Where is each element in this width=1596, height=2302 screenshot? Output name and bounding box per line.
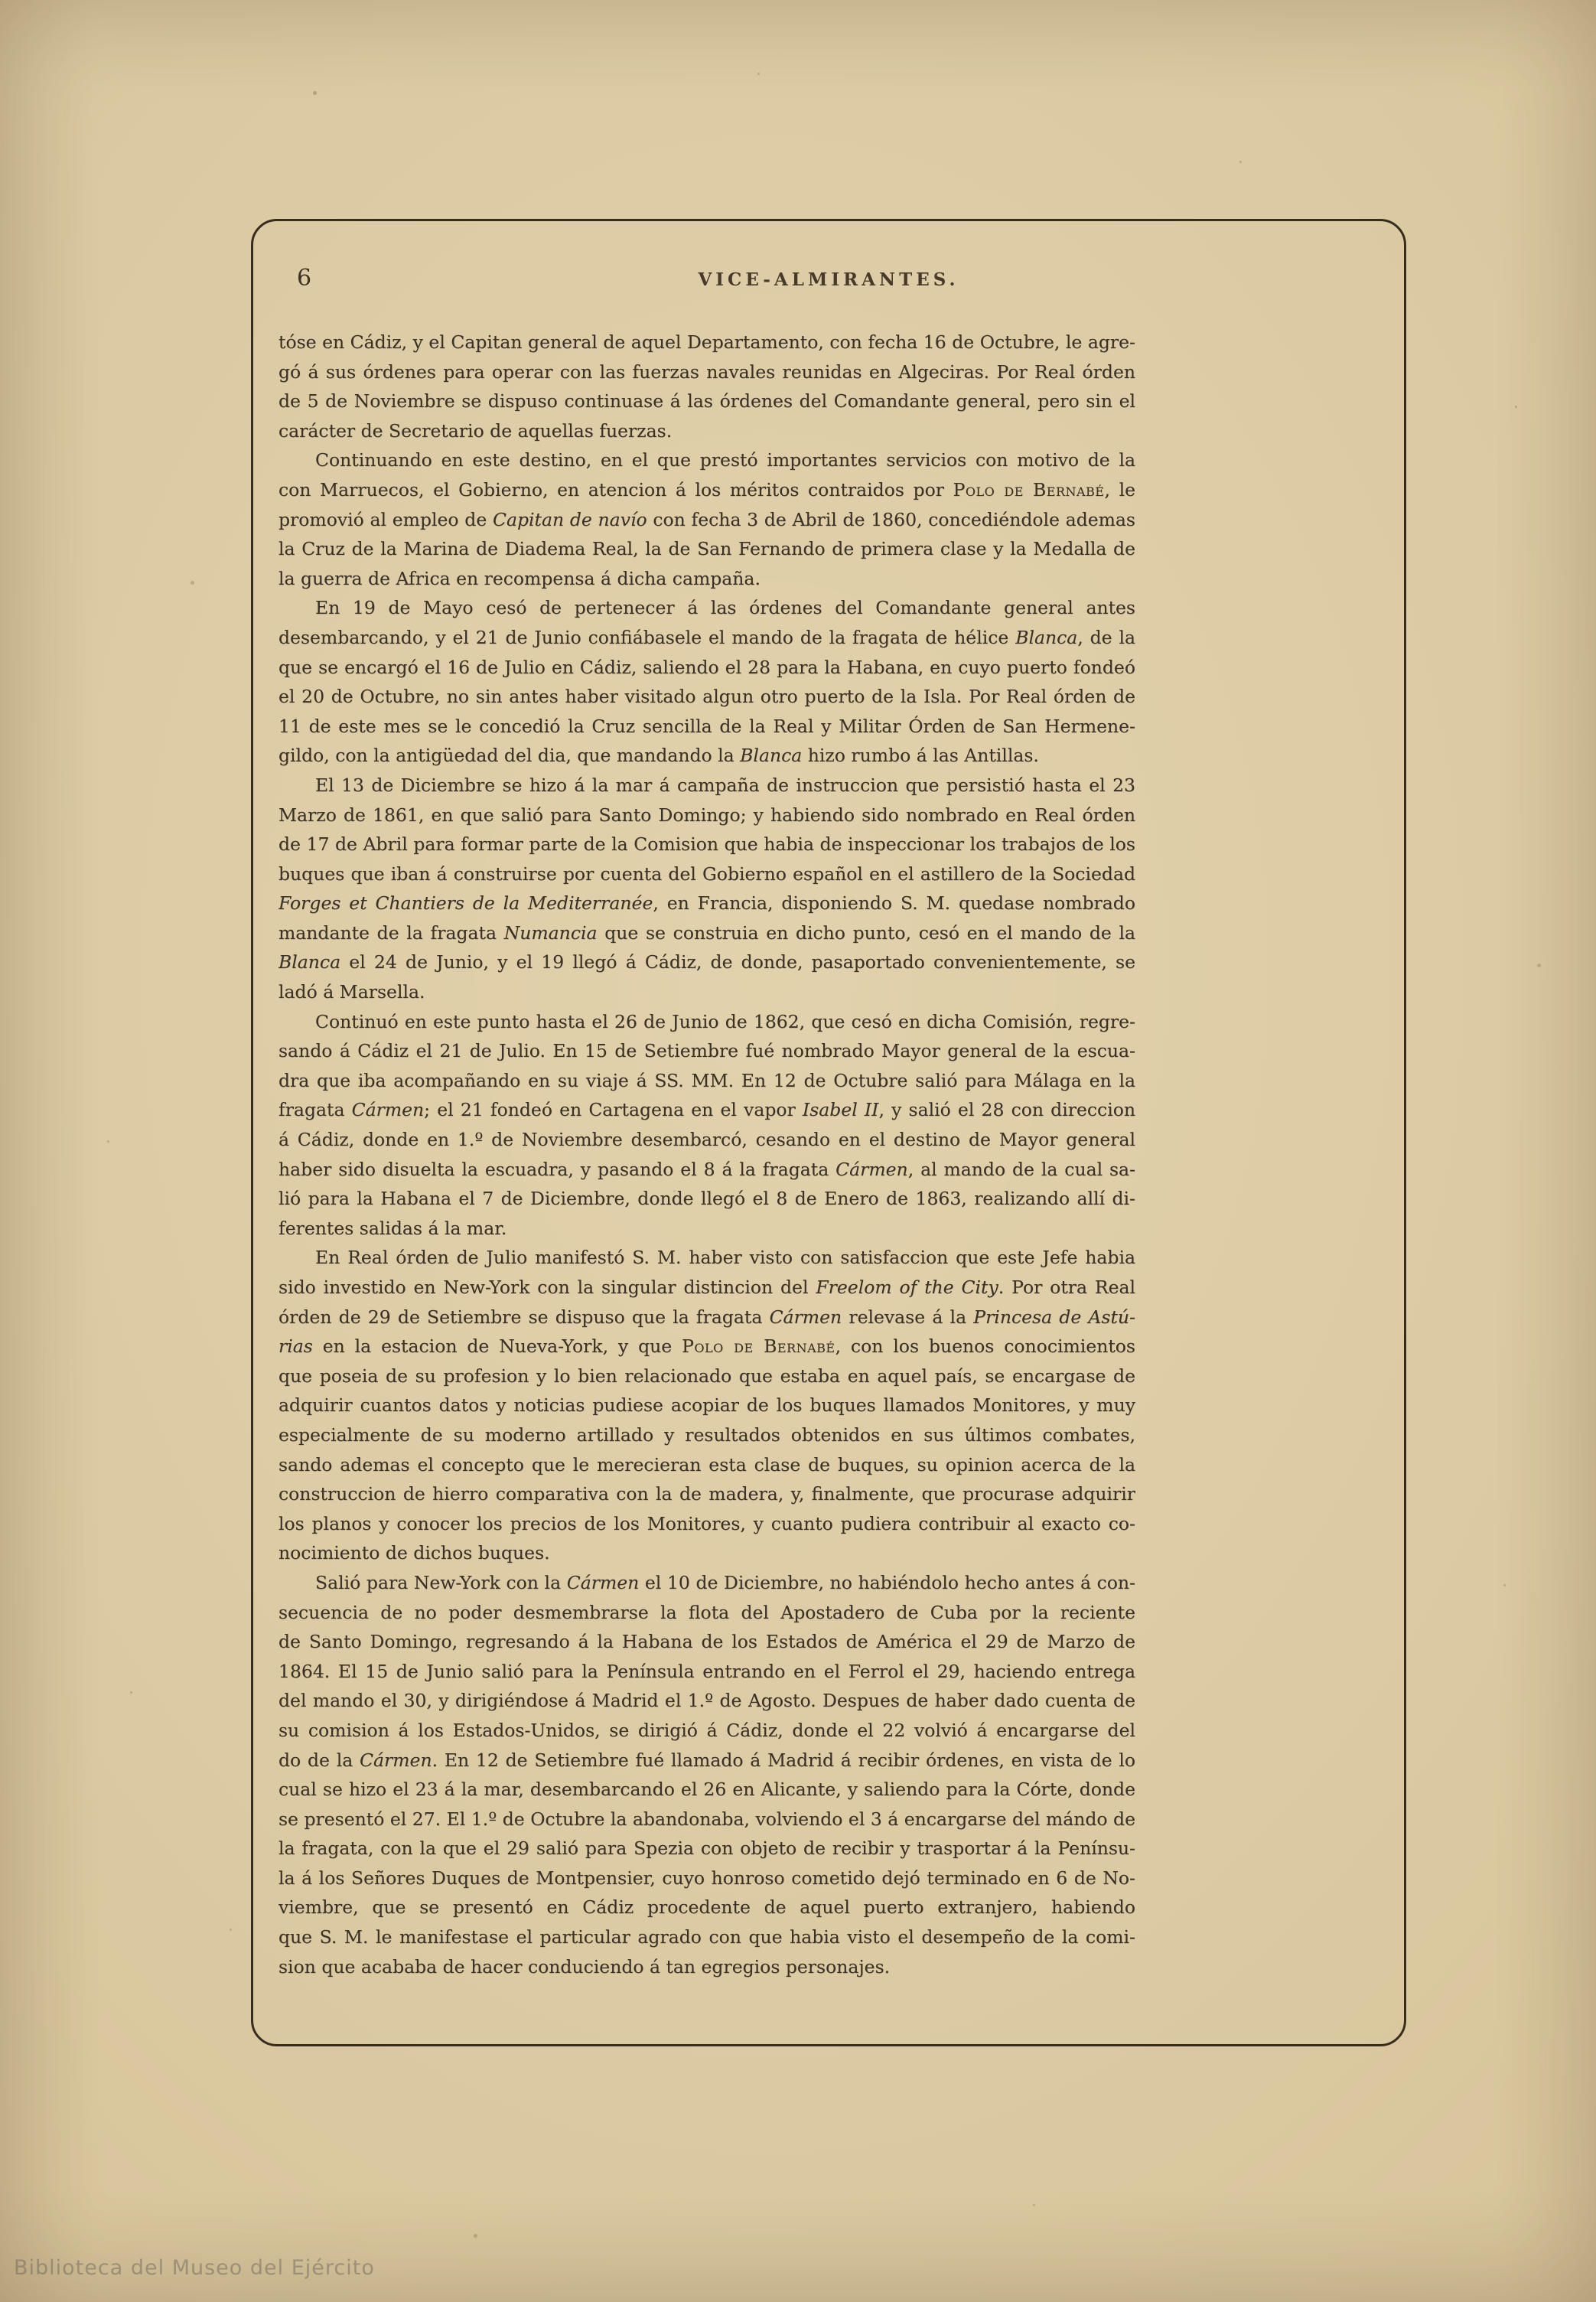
text-line: cual se hizo el 23 á la mar, desembarcan… [278,1775,1135,1805]
text-line: la fragata, con la que el 29 salió para … [278,1834,1135,1863]
scanned-book-page: 6 VICE-ALMIRANTES. tóse en Cádiz, y el C… [0,0,1596,2302]
paragraph: El 13 de Diciembre se hizo á la mar á ca… [278,771,1135,1007]
text-line: Forges et Chantiers de la Mediterranée, … [278,889,1135,918]
paragraph: Continuó en este punto hasta el 26 de Ju… [278,1007,1135,1244]
text-line: la guerra de Africa en recompensa á dich… [278,564,1135,594]
text-line: se presentó el 27. El 1.º de Octubre la … [278,1805,1135,1834]
paragraph: Salió para New-York con la Cármen el 10 … [278,1568,1135,1981]
text-line: tóse en Cádiz, y el Capitan general de a… [278,328,1135,357]
text-line: de Santo Domingo, regresando á la Habana… [278,1627,1135,1657]
text-line: ladó á Marsella. [278,977,1135,1007]
text-line: dra que iba acompañando en su viaje á SS… [278,1066,1135,1096]
text-line: Salió para New-York con la Cármen el 10 … [278,1568,1135,1598]
running-header: VICE-ALMIRANTES. [251,269,1406,290]
paper-speckles [0,0,2,2]
text-line: su comision á los Estados-Unidos, se dir… [278,1716,1135,1746]
text-line: que se encargó el 16 de Julio en Cádiz, … [278,653,1135,683]
text-line: construccion de hierro comparativa con l… [278,1479,1135,1509]
text-line: Blanca el 24 de Junio, y el 19 llegó á C… [278,947,1135,977]
text-line: los planos y conocer los precios de los … [278,1509,1135,1539]
text-line: sido investido en New-York con la singul… [278,1273,1135,1303]
text-line: promovió al empleo de Capitan de navío c… [278,505,1135,535]
text-line: que S. M. le manifestase el particular a… [278,1922,1135,1952]
text-line: mandante de la fragata Numancia que se c… [278,918,1135,948]
text-line: El 13 de Diciembre se hizo á la mar á ca… [278,771,1135,800]
text-line: Continuó en este punto hasta el 26 de Ju… [278,1007,1135,1037]
text-line: la á los Señores Duques de Montpensier, … [278,1863,1135,1893]
text-line: á Cádiz, donde en 1.º de Noviembre desem… [278,1125,1135,1155]
text-line: lió para la Habana el 7 de Diciembre, do… [278,1184,1135,1214]
text-line: 1864. El 15 de Junio salió para la Penín… [278,1657,1135,1687]
text-line: sando ademas el concepto que le merecier… [278,1450,1135,1480]
text-line: Continuando en este destino, en el que p… [278,445,1135,475]
text-line: Marzo de 1861, en que salió para Santo D… [278,800,1135,830]
text-line: ferentes salidas á la mar. [278,1214,1135,1244]
text-line: haber sido disuelta la escuadra, y pasan… [278,1155,1135,1185]
text-line: 11 de este mes se le concedió la Cruz se… [278,712,1135,742]
text-line: En Real órden de Julio manifestó S. M. h… [278,1243,1135,1273]
text-line: En 19 de Mayo cesó de pertenecer á las ó… [278,593,1135,623]
text-line: del mando el 30, y dirigiéndose á Madrid… [278,1686,1135,1716]
text-line: sion que acababa de hacer conduciendo á … [278,1952,1135,1982]
text-line: gildo, con la antigüedad del dia, que ma… [278,741,1135,771]
text-line: do de la Cármen. En 12 de Setiembre fué … [278,1746,1135,1775]
text-line: fragata Cármen; el 21 fondeó en Cartagen… [278,1095,1135,1125]
text-line: secuencia de no poder desmembrarse la fl… [278,1598,1135,1628]
text-line: órden de 29 de Setiembre se dispuso que … [278,1303,1135,1332]
body-paragraphs: tóse en Cádiz, y el Capitan general de a… [278,328,1135,1981]
text-line: rias en la estacion de Nueva-York, y que… [278,1332,1135,1361]
text-line: viembre, que se presentó en Cádiz proced… [278,1893,1135,1922]
library-watermark: Biblioteca del Museo del Ejército [14,2256,375,2280]
text-line: buques que iban á construirse por cuenta… [278,859,1135,889]
text-line: la Cruz de la Marina de Diadema Real, la… [278,534,1135,564]
text-line: gó á sus órdenes para operar con las fue… [278,357,1135,387]
paragraph: tóse en Cádiz, y el Capitan general de a… [278,328,1135,445]
text-line: desembarcando, y el 21 de Junio confiába… [278,623,1135,653]
text-line: adquirir cuantos datos y noticias pudies… [278,1391,1135,1420]
paragraph: En Real órden de Julio manifestó S. M. h… [278,1243,1135,1568]
text-line: que poseia de su profesion y lo bien rel… [278,1361,1135,1391]
text-line: con Marruecos, el Gobierno, en atencion … [278,475,1135,505]
paragraph: En 19 de Mayo cesó de pertenecer á las ó… [278,593,1135,771]
text-line: el 20 de Octubre, no sin antes haber vis… [278,682,1135,712]
text-line: carácter de Secretario de aquellas fuerz… [278,416,1135,446]
text-line: nocimiento de dichos buques. [278,1538,1135,1568]
text-line: especialmente de su moderno artillado y … [278,1420,1135,1450]
text-line: de 5 de Noviembre se dispuso continuase … [278,386,1135,416]
paragraph: Continuando en este destino, en el que p… [278,445,1135,593]
text-line: sando á Cádiz el 21 de Julio. En 15 de S… [278,1036,1135,1066]
text-line: de 17 de Abril para formar parte de la C… [278,830,1135,859]
